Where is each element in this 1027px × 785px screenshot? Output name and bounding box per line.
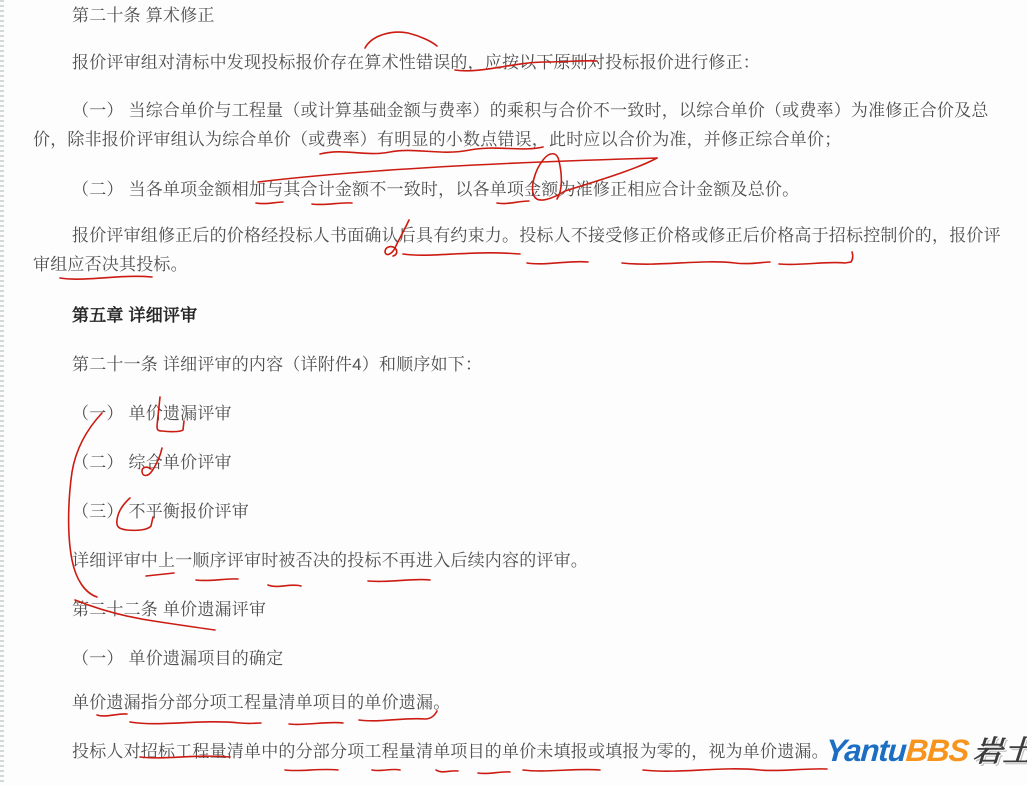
doc-line: 审组应否决其投标。	[33, 254, 188, 276]
doc-line: （一） 单价遗漏评审	[72, 403, 232, 425]
doc-line: 单价遗漏指分部分项工程量清单项目的单价遗漏。	[72, 692, 450, 714]
doc-line: 价，除非报价评审组认为综合单价（或费率）有明显的小数点错误，此时应以合价为准，并…	[33, 129, 841, 151]
doc-line: 报价评审组对清标中发现投标报价存在算术性错误的，应按以下原则对投标报价进行修正：	[72, 52, 760, 74]
document-text: 第二十条 算术修正 报价评审组对清标中发现投标报价存在算术性错误的，应按以下原则…	[0, 0, 1027, 785]
doc-line: 第二十条 算术修正	[72, 5, 215, 27]
logo-bbs: BBS	[905, 733, 970, 768]
doc-line: 第二十二条 单价遗漏评审	[72, 599, 266, 621]
page: { "document": { "lines": [ "第二十条 算术修正", …	[0, 0, 1027, 785]
doc-line: 投标人对招标工程量清单中的分部分项工程量清单项目的单价未填报或填报为零的，视为单…	[72, 741, 829, 763]
doc-line: 第二十一条 详细评审的内容（详附件4）和顺序如下：	[72, 354, 482, 376]
chapter-heading: 第五章 详细评审	[72, 305, 197, 327]
doc-line: （三） 不平衡报价评审	[72, 501, 249, 523]
doc-line: （一） 当综合单价与工程量（或计算基础金额与费率）的乘积与合价不一致时，以综合单…	[72, 100, 989, 122]
logo-cn: 岩土在线	[972, 736, 1027, 768]
doc-line: （二） 综合单价评审	[72, 452, 232, 474]
doc-line: （二） 当各单项金额相加与其合计金额不一致时，以各单项金额为准修正相应合计金额及…	[72, 179, 799, 201]
logo-yantu: Yantu	[825, 733, 907, 768]
doc-line: （一） 单价遗漏项目的确定	[72, 648, 283, 670]
doc-line: 详细评审中上一顺序评审时被否决的投标不再进入后续内容的评审。	[72, 550, 588, 572]
doc-line: 报价评审组修正后的价格经投标人书面确认后具有约束力。投标人不接受修正价格或修正后…	[72, 225, 1001, 247]
yantubbs-logo: YantuBBS岩土在线	[825, 729, 1027, 771]
